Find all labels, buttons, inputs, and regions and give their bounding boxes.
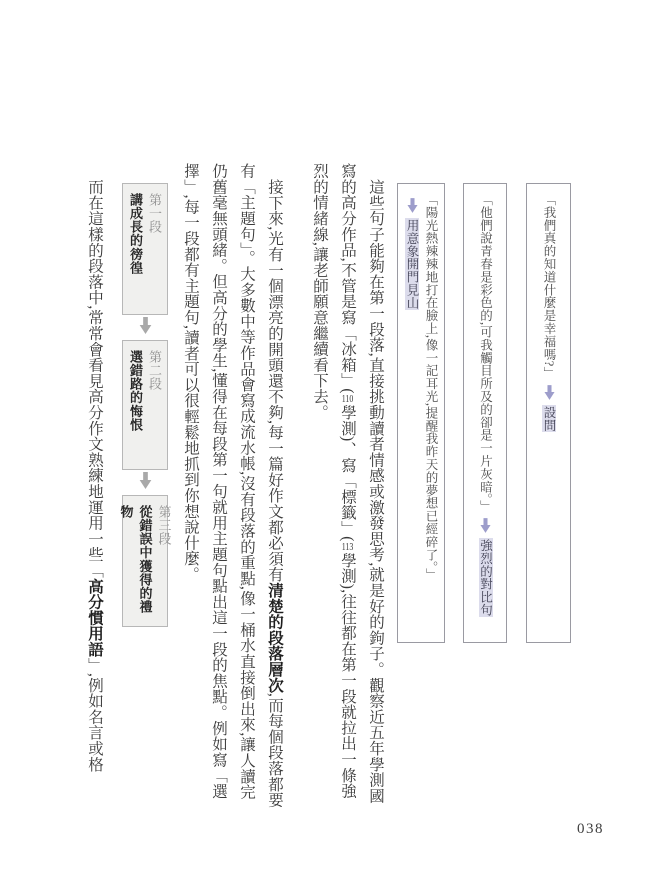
body-paragraph-2: 接下來,光有一個漂亮的開頭還不夠,每一篇好作文都必須有清楚的段落層次,而每個段落…	[176, 163, 288, 813]
quote-text-1: 「我們真的知道什麼是幸福嗎?」	[542, 193, 556, 380]
exam-year-113: 113	[342, 542, 353, 553]
flowchart-connector	[122, 315, 168, 340]
down-arrow-icon	[402, 198, 421, 213]
down-arrow-icon	[539, 385, 558, 400]
page-number: 038	[577, 821, 604, 838]
key-term-high-score-phrases: 高分慣用語	[86, 578, 103, 657]
example-quote-box-1: 「我們真的知道什麼是幸福嗎?」設問	[526, 183, 571, 643]
down-arrow-icon	[139, 317, 152, 339]
paragraph-2-text: 接下來,光有一個漂亮的開頭還不夠,每一篇好作文都必須有	[266, 179, 283, 582]
quote-box-2-content: 「他們說青春是彩色的,可我觸目所及的卻是一片灰暗。」強烈的對比句	[476, 193, 495, 633]
flowchart-step-2: 第二段 選錯路的悔恨	[122, 340, 168, 470]
stage-label-3: 第三段	[155, 505, 174, 617]
paragraph-3-text: 而在這樣的段落中,常常會看見高分作文熟練地運用一些「	[86, 179, 103, 578]
flowchart-step-3: 第三段 從錯誤中獲得的禮物	[122, 495, 168, 627]
paragraph-structure-flowchart: 第一段 講成長的徬徨 第二段 選錯路的悔恨 第三段 從錯誤中獲得的禮物	[122, 183, 168, 627]
quote-box-3-content: 「陽光熱辣辣地打在臉上,像一記耳光,提醒我昨天的夢想已經碎了。」 用意象開門見山	[402, 193, 440, 633]
stage-title-2: 選錯路的悔恨	[126, 350, 145, 460]
technique-label-2: 強烈的對比句	[479, 538, 493, 617]
quote-text-3: 「陽光熱辣辣地打在臉上,像一記耳光,提醒我昨天的夢想已經碎了。」	[424, 193, 438, 581]
book-page: 「我們真的知道什麼是幸福嗎?」設問 「他們說青春是彩色的,可我觸目所及的卻是一片…	[0, 0, 649, 879]
body-paragraph-3: 而在這樣的段落中,常常會看見高分作文熟練地運用一些「高分慣用語」,例如名言或格	[80, 163, 108, 813]
down-arrow-icon	[476, 518, 495, 533]
flowchart-connector	[122, 470, 168, 495]
stage-title-1: 講成長的徬徨	[126, 193, 145, 305]
stage-title-3: 從錯誤中獲得的禮物	[117, 505, 155, 617]
technique-label-3: 用意象開門見山	[405, 218, 419, 310]
example-quote-box-3: 「陽光熱辣辣地打在臉上,像一記耳光,提醒我昨天的夢想已經碎了。」 用意象開門見山	[397, 183, 445, 643]
flowchart-step-1: 第一段 講成長的徬徨	[122, 183, 168, 315]
key-term-paragraph-structure: 清楚的段落層次	[266, 582, 283, 693]
body-paragraph-1: 這些句子能夠在第一段落,直接挑動讀者情感或激發思考,就是好的鉤子。觀察近五年學測…	[305, 163, 389, 813]
label-column: 用意象開門見山	[402, 193, 421, 633]
technique-label-1: 設問	[542, 405, 556, 433]
stage-label-1: 第一段	[145, 193, 164, 305]
exam-year-110: 110	[342, 394, 353, 405]
example-quote-box-2: 「他們說青春是彩色的,可我觸目所及的卻是一片灰暗。」強烈的對比句	[463, 183, 507, 643]
quote-column: 「陽光熱辣辣地打在臉上,像一記耳光,提醒我昨天的夢想已經碎了。」	[421, 193, 440, 633]
quote-text-2: 「他們說青春是彩色的,可我觸目所及的卻是一片灰暗。」	[479, 193, 493, 513]
paragraph-1-text: 學測)、寫「標籤」(	[339, 404, 356, 541]
paragraph-3-text: 」,例如名言或格	[86, 657, 103, 772]
down-arrow-icon	[139, 472, 152, 494]
stage-label-2: 第二段	[145, 350, 164, 460]
quote-box-1-content: 「我們真的知道什麼是幸福嗎?」設問	[539, 193, 558, 633]
